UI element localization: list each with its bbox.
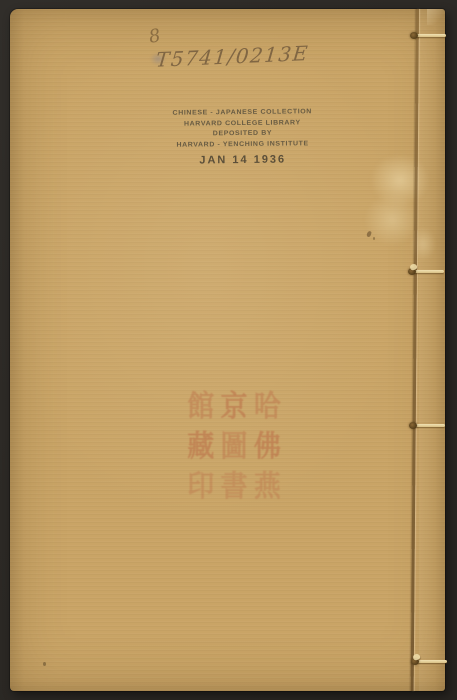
binding-hole bbox=[409, 422, 417, 429]
handwritten-call-number: T5741/0213E bbox=[155, 40, 327, 72]
corner-bend bbox=[427, 9, 445, 25]
seal-glyph: 印 bbox=[184, 461, 217, 505]
library-stamp: CHINESE - JAPANESE COLLECTION HARVARD CO… bbox=[150, 107, 336, 167]
seal-glyph: 藏 bbox=[184, 421, 217, 465]
stamp-date: JAN 14 1936 bbox=[150, 153, 335, 167]
seal-glyph: 哈 bbox=[251, 381, 284, 425]
binding-stitch bbox=[411, 657, 446, 667]
stamp-line-collection: CHINESE - JAPANESE COLLECTION bbox=[150, 107, 335, 119]
binding-thread bbox=[414, 270, 444, 273]
binding-stitch bbox=[409, 421, 444, 431]
binding-thread bbox=[416, 34, 446, 37]
book-cover-scan: 8 T5741/0213E CHINESE - JAPANESE COLLECT… bbox=[0, 0, 457, 700]
spine-panel bbox=[419, 9, 445, 691]
binding-thread bbox=[417, 660, 447, 663]
seal-glyph: 書 bbox=[217, 461, 250, 505]
speck bbox=[43, 662, 46, 666]
seal-glyph: 京 bbox=[217, 381, 250, 425]
book-cover: 8 T5741/0213E CHINESE - JAPANESE COLLECT… bbox=[10, 9, 445, 691]
spine-crease bbox=[411, 9, 419, 691]
stamp-line-institute: HARVARD - YENCHING INSTITUTE bbox=[150, 139, 335, 151]
seal-glyph: 燕 bbox=[251, 461, 284, 505]
binding-thread bbox=[415, 424, 445, 427]
seal-glyph: 館 bbox=[184, 381, 217, 425]
speck bbox=[373, 237, 375, 240]
red-seal-stamp: 哈 佛 燕 京 圖 書 館 藏 印 bbox=[184, 383, 284, 503]
binding-stitch bbox=[410, 31, 445, 41]
binding-hole bbox=[410, 32, 418, 39]
pencil-number: 8 bbox=[147, 25, 162, 48]
binding-stitch bbox=[408, 267, 443, 277]
seal-glyph: 圖 bbox=[217, 421, 250, 465]
seal-glyph: 佛 bbox=[251, 421, 284, 465]
